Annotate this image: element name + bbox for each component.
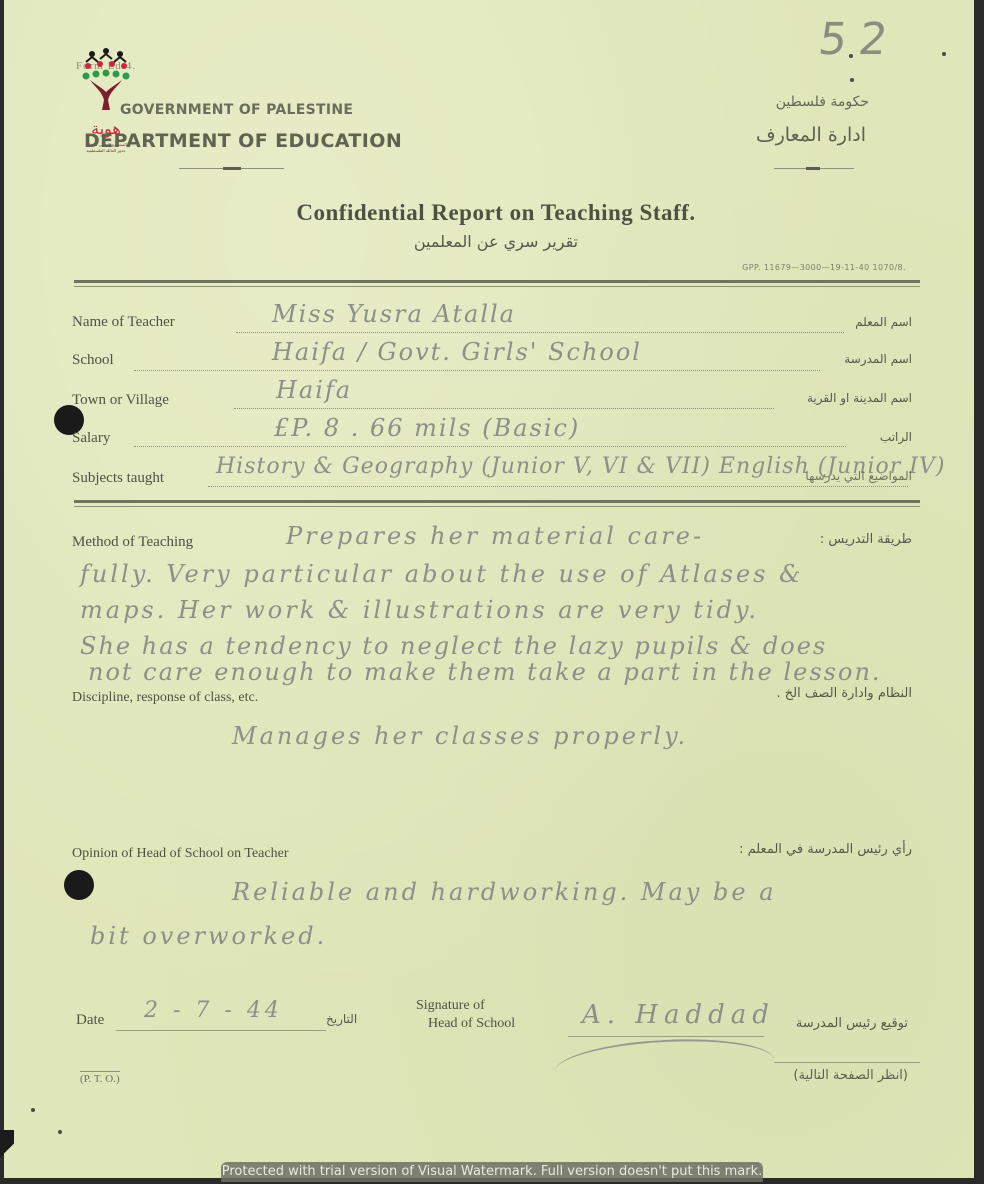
report-title: Confidential Report on Teaching Staff. — [4, 200, 984, 226]
name-label-ar: اسم المعلم — [855, 315, 912, 329]
school-value: Haifa / Govt. Girls' School — [272, 338, 642, 366]
town-label-ar: اسم المدينة او القرية — [807, 391, 912, 405]
method-label: Method of Teaching — [72, 534, 193, 551]
department-title-ar: ادارة المعارف — [756, 124, 866, 146]
see-next-page-ar: (انظر الصفحة التالية) — [793, 1068, 908, 1083]
opinion-label: Opinion of Head of School on Teacher — [72, 846, 288, 862]
ink-dot — [58, 1130, 62, 1134]
salary-label: Salary — [72, 430, 110, 447]
discipline-label-ar: النظام وادارة الصف الخ . — [777, 686, 912, 701]
name-value: Miss Yusra Atalla — [272, 300, 516, 328]
subjects-label: Subjects taught — [72, 470, 164, 487]
town-line — [234, 408, 774, 409]
town-value: Haifa — [276, 376, 352, 404]
school-label: School — [72, 352, 114, 369]
ink-dot — [849, 54, 853, 58]
date-label-ar: التاريخ — [326, 1012, 357, 1026]
scan-edge-right — [974, 0, 984, 1184]
print-code: GPP. 11679—3000—19-11-40 1070/8. — [742, 263, 906, 272]
header-divider-right — [774, 168, 854, 169]
school-label-ar: اسم المدرسة — [844, 352, 912, 366]
pto-note: (P. T. O.) — [80, 1071, 120, 1085]
fields-rule-thin — [74, 506, 920, 507]
see-next-rule — [774, 1062, 920, 1063]
method-line-2: fully. Very particular about the use of … — [80, 560, 803, 588]
title-rule-thin — [74, 286, 920, 287]
method-label-ar: طريقة التدريس : — [820, 532, 912, 547]
school-line — [134, 370, 820, 371]
header-divider-left — [179, 168, 284, 169]
signature-label-1: Signature of — [416, 998, 485, 1014]
report-title-ar: تقرير سري عن المعلمين — [4, 232, 984, 251]
method-line-4: She has a tendency to neglect the lazy p… — [80, 632, 827, 660]
opinion-label-ar: رأي رئيس المدرسة في المعلم : — [739, 842, 912, 857]
discipline-value: Manages her classes properly. — [232, 722, 688, 750]
signature-flourish — [553, 1034, 774, 1071]
opinion-line-2: bit overworked. — [90, 922, 327, 950]
method-line-5: not care enough to make them take a part… — [88, 658, 882, 686]
name-line — [236, 332, 844, 333]
salary-label-ar: الراتب — [880, 430, 912, 444]
department-title-en: DEPARTMENT OF EDUCATION — [84, 130, 402, 152]
date-line — [116, 1030, 326, 1031]
government-title-ar: حكومة فلسطين — [776, 94, 869, 110]
name-label: Name of Teacher — [72, 314, 175, 331]
punch-hole — [64, 870, 94, 900]
ink-dot — [31, 1108, 35, 1112]
subjects-line — [208, 486, 908, 487]
ink-dot — [942, 52, 946, 56]
date-value: 2 - 7 - 44 — [144, 998, 283, 1023]
page-number: 52 — [815, 14, 902, 65]
watermark-banner: Protected with trial version of Visual W… — [221, 1162, 763, 1182]
salary-line — [134, 446, 846, 447]
signature-line — [568, 1036, 764, 1037]
title-rule — [74, 280, 920, 283]
town-label: Town or Village — [72, 392, 169, 409]
fields-rule — [74, 500, 920, 503]
date-label: Date — [76, 1012, 104, 1029]
document-page: Form Ed/4. هوية المشروع الوطني للحفاظ جذ… — [4, 0, 974, 1178]
method-line-1: Prepares her material care- — [286, 522, 704, 550]
subjects-label-ar: المواضيع التي يدرسها — [805, 469, 912, 483]
salary-value: £P. 8 . 66 mils (Basic) — [274, 414, 580, 442]
opinion-line-1: Reliable and hardworking. May be a — [232, 878, 777, 906]
scan-edge-corner — [0, 1130, 14, 1184]
signature-label-2: Head of School — [428, 1016, 515, 1032]
government-title-en: GOVERNMENT OF PALESTINE — [120, 102, 353, 118]
signature-value: A. Haddad — [582, 1000, 775, 1030]
signature-label-ar: توقيع رئيس المدرسة — [796, 1016, 908, 1031]
method-line-3: maps. Her work & illustrations are very … — [80, 596, 759, 624]
ink-dot — [850, 78, 854, 82]
discipline-label: Discipline, response of class, etc. — [72, 690, 258, 706]
